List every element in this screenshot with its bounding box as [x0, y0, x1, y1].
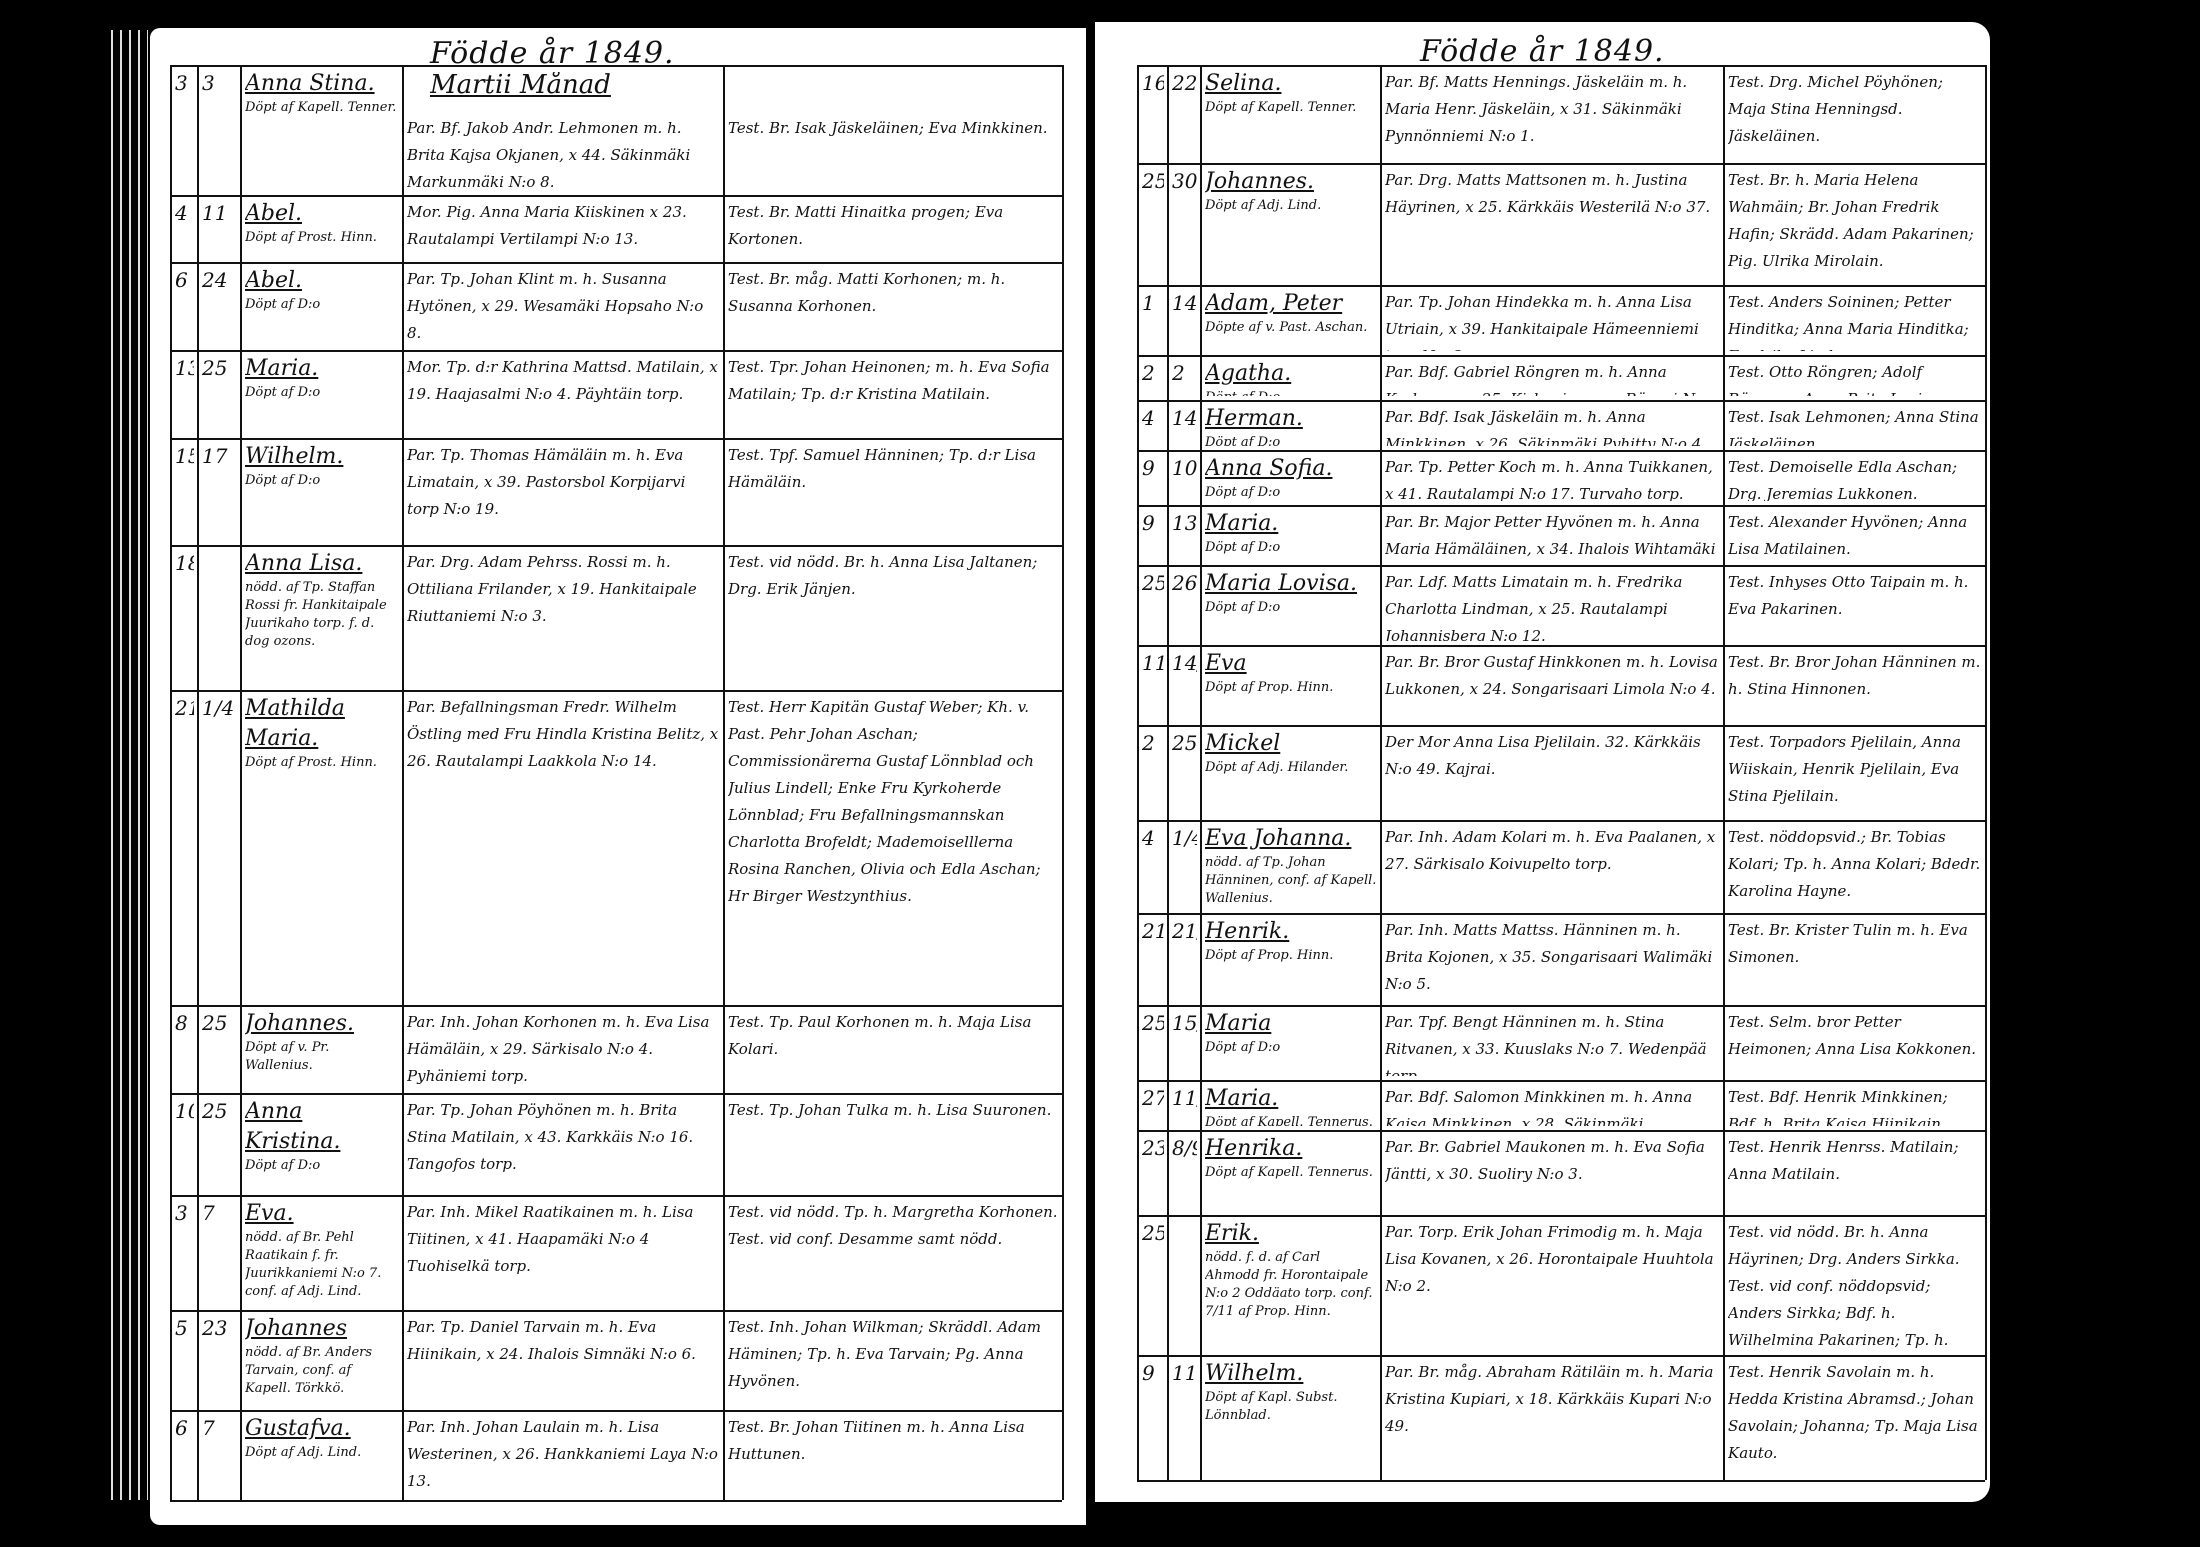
witnesses-entry: Test. Isak Lehmonen; Anna Stina Jäskeläi…	[1728, 404, 1982, 446]
row-rule	[170, 690, 1062, 692]
witnesses-entry: Test. Br. Krister Tulin m. h. Eva Simone…	[1728, 917, 1982, 1001]
baptism-day: 7	[202, 1414, 237, 1496]
baptized-by: Döpt af D:o	[1205, 1039, 1377, 1057]
baptism-day: 14/4	[1172, 649, 1197, 721]
row-rule	[1137, 820, 1985, 822]
parents-entry: Par. Tp. Thomas Hämäläin m. h. Eva Limat…	[407, 442, 720, 541]
row-rule	[1137, 355, 1985, 357]
child-name: Anna Stina.	[245, 69, 399, 99]
birth-day: 11	[1142, 649, 1164, 721]
child-name-cell: MariaDöpt af D:o	[1205, 1009, 1377, 1076]
baptism-day: 1/4	[202, 694, 237, 1001]
witnesses-entry: Test. Anders Soininen; Petter Hinditka; …	[1728, 289, 1982, 351]
row-rule	[1137, 505, 1985, 507]
child-name: Abel.	[245, 199, 399, 229]
parents-entry: Mor. Pig. Anna Maria Kiiskinen x 23. Rau…	[407, 199, 720, 258]
child-name: Maria.	[1205, 1084, 1377, 1114]
parents-entry: Mor. Tp. d:r Kathrina Mattsd. Matilain, …	[407, 354, 720, 434]
baptism-day: 7	[202, 1199, 237, 1306]
child-name-cell: Anna Lisa.nödd. af Tp. Staffan Rossi fr.…	[245, 549, 399, 686]
witnesses-entry: Test. Br. Isak Jäskeläinen; Eva Minkkine…	[728, 115, 1059, 191]
baptism-day: 25	[1172, 729, 1197, 816]
witnesses-entry: Test. vid nödd. Br. h. Anna Lisa Jaltane…	[728, 549, 1059, 686]
parents-entry: Par. Bf. Matts Hennings. Jäskeläin m. h.…	[1385, 69, 1720, 159]
baptism-day: 23	[202, 1314, 237, 1406]
child-name: Maria.	[245, 354, 399, 384]
child-name: Henrika.	[1205, 1134, 1377, 1164]
witnesses-entry: Test. Tpf. Samuel Hänninen; Tp. d:r Lisa…	[728, 442, 1059, 541]
witnesses-entry: Test. Henrik Henrss. Matilain; Anna Mati…	[1728, 1134, 1982, 1211]
baptized-by: Döpt af Prost. Hinn.	[245, 754, 399, 772]
birth-day: 9	[1142, 509, 1164, 561]
birth-day: 13	[175, 354, 194, 434]
row-rule	[1137, 1215, 1985, 1217]
baptized-by: Döpte af v. Past. Aschan.	[1205, 319, 1377, 337]
child-name-cell: Mathilda Maria.Döpt af Prost. Hinn.	[245, 694, 399, 1001]
baptized-by: Döpt af D:o	[1205, 434, 1377, 446]
witnesses-entry: Test. Br. måg. Matti Korhonen; m. h. Sus…	[728, 266, 1059, 346]
child-name: Abel.	[245, 266, 399, 296]
row-rule	[170, 545, 1062, 547]
baptized-by: Döpt af Kapl. Subst. Lönnblad.	[1205, 1389, 1377, 1425]
child-name: Gustafva.	[245, 1414, 399, 1444]
witnesses-entry: Test. Tpr. Johan Heinonen; m. h. Eva Sof…	[728, 354, 1059, 434]
child-name-cell: Maria Lovisa.Döpt af D:o	[1205, 569, 1377, 641]
baptized-by: Döpt af D:o	[1205, 599, 1377, 617]
parents-entry: Par. Befallningsman Fredr. Wilhelm Östli…	[407, 694, 720, 1001]
column-rule	[1723, 65, 1725, 1480]
parents-entry: Der Mor Anna Lisa Pjelilain. 32. Kärkkäi…	[1385, 729, 1720, 816]
witnesses-entry: Test. Herr Kapitän Gustaf Weber; Kh. v. …	[728, 694, 1059, 1001]
baptism-day: 30	[1172, 167, 1197, 281]
child-name-cell: MickelDöpt af Adj. Hilander.	[1205, 729, 1377, 816]
baptism-day: 11	[202, 199, 237, 258]
baptized-by: Döpt af D:o	[1205, 484, 1377, 501]
row-rule	[170, 1410, 1062, 1412]
parents-entry: Par. Bdf. Isak Jäskeläin m. h. Anna Mink…	[1385, 404, 1720, 446]
row-rule	[1137, 1480, 1985, 1482]
child-name-cell: Henrik.Döpt af Prop. Hinn.	[1205, 917, 1377, 1001]
baptism-day	[202, 549, 237, 686]
child-name-cell: Anna Sofia.Döpt af D:o	[1205, 454, 1377, 501]
column-rule	[1200, 65, 1202, 1480]
child-name: Herman.	[1205, 404, 1377, 434]
row-rule	[1137, 1080, 1985, 1082]
baptized-by: nödd. af Br. Anders Tarvain, conf. af Ka…	[245, 1344, 399, 1398]
row-rule	[170, 1005, 1062, 1007]
child-name: Anna Lisa.	[245, 549, 399, 579]
witnesses-entry: Test. Henrik Savolain m. h. Hedda Kristi…	[1728, 1359, 1982, 1476]
baptism-day: 22	[1172, 69, 1197, 159]
baptism-day: 14	[1172, 289, 1197, 351]
column-rule	[1380, 65, 1382, 1480]
child-name: Johannes	[245, 1314, 399, 1344]
baptism-day: 25	[202, 1097, 237, 1191]
parents-entry: Par. Tp. Daniel Tarvain m. h. Eva Hiinik…	[407, 1314, 720, 1406]
parents-entry: Par. Tpf. Bengt Hänninen m. h. Stina Rit…	[1385, 1009, 1720, 1076]
child-name-cell: Herman.Döpt af D:o	[1205, 404, 1377, 446]
birth-day: 6	[175, 1414, 194, 1496]
baptism-day: 26	[1172, 569, 1197, 641]
child-name: Anna Kristina.	[245, 1097, 399, 1157]
child-name-cell: Maria.Döpt af D:o	[1205, 509, 1377, 561]
parents-entry: Par. Tp. Johan Klint m. h. Susanna Hytön…	[407, 266, 720, 346]
row-rule	[170, 195, 1062, 197]
baptized-by: Döpt af Prop. Hinn.	[1205, 947, 1377, 965]
witnesses-entry: Test. Br. Johan Tiitinen m. h. Anna Lisa…	[728, 1414, 1059, 1496]
birth-day: 2	[1142, 729, 1164, 816]
child-name-cell: Adam, PeterDöpte af v. Past. Aschan.	[1205, 289, 1377, 351]
birth-day: 25	[1142, 1219, 1164, 1351]
baptized-by: nödd. af Br. Pehl Raatikain f. fr. Juuri…	[245, 1229, 399, 1301]
column-rule	[170, 65, 172, 1500]
parents-entry: Par. Bdf. Gabriel Röngren m. h. Anna Kor…	[1385, 359, 1720, 396]
child-name: Mickel	[1205, 729, 1377, 759]
parents-entry: Par. Inh. Johan Korhonen m. h. Eva Lisa …	[407, 1009, 720, 1089]
row-rule	[170, 1310, 1062, 1312]
baptism-day: 2	[1172, 359, 1197, 396]
witnesses-entry: Test. Br. h. Maria Helena Wahmäin; Br. J…	[1728, 167, 1982, 281]
witnesses-entry: Test. vid nödd. Br. h. Anna Häyrinen; Dr…	[1728, 1219, 1982, 1351]
witnesses-entry: Test. nöddopsvid.; Br. Tobias Kolari; Tp…	[1728, 824, 1982, 909]
birth-day: 2	[1142, 359, 1164, 396]
parents-entry: Par. Inh. Matts Mattss. Hänninen m. h. B…	[1385, 917, 1720, 1001]
birth-day: 4	[1142, 404, 1164, 446]
child-name: Maria Lovisa.	[1205, 569, 1377, 599]
page-header: Födde år 1849.	[1420, 34, 1665, 69]
birth-day: 25	[1142, 569, 1164, 641]
birth-day: 3	[175, 69, 194, 191]
row-rule	[170, 1500, 1062, 1502]
left-page: Födde år 1849. 33Anna Stina.Döpt af Kape…	[150, 28, 1086, 1525]
row-rule	[1137, 285, 1985, 287]
parents-entry: Par. Br. måg. Abraham Rätiläin m. h. Mar…	[1385, 1359, 1720, 1476]
row-rule	[1137, 913, 1985, 915]
row-rule	[1137, 645, 1985, 647]
birth-day: 4	[1142, 824, 1164, 909]
witnesses-entry: Test. Inh. Johan Wilkman; Skräddl. Adam …	[728, 1314, 1059, 1406]
baptism-day: 15/5	[1172, 1009, 1197, 1076]
child-name-cell: Wilhelm.Döpt af D:o	[245, 442, 399, 541]
child-name: Maria.	[1205, 509, 1377, 539]
witnesses-entry: Test. Inhyses Otto Taipain m. h. Eva Pak…	[1728, 569, 1982, 641]
book-gutter	[1086, 0, 1095, 1547]
birth-day: 16	[1142, 69, 1164, 159]
witnesses-entry: Test. Drg. Michel Pöyhönen; Maja Stina H…	[1728, 69, 1982, 159]
parents-entry: Par. Bf. Jakob Andr. Lehmonen m. h. Brit…	[407, 115, 720, 191]
birth-day: 6	[175, 266, 194, 346]
child-name-cell: Johannesnödd. af Br. Anders Tarvain, con…	[245, 1314, 399, 1406]
birth-day: 18	[175, 549, 194, 686]
child-name-cell: Abel.Döpt af Prost. Hinn.	[245, 199, 399, 258]
book-binding-edge	[108, 30, 148, 1500]
row-rule	[1137, 1355, 1985, 1357]
child-name-cell: Gustafva.Döpt af Adj. Lind.	[245, 1414, 399, 1496]
row-rule	[170, 262, 1062, 264]
row-rule	[170, 1093, 1062, 1095]
row-rule	[170, 350, 1062, 352]
parents-entry: Par. Tp. Johan Pöyhönen m. h. Brita Stin…	[407, 1097, 720, 1191]
baptism-day: 25	[202, 1009, 237, 1089]
child-name: Erik.	[1205, 1219, 1377, 1249]
child-name-cell: Agatha.Döpt af D:o	[1205, 359, 1377, 396]
child-name-cell: Johannes.Döpt af Adj. Lind.	[1205, 167, 1377, 281]
birth-day: 23	[1142, 1134, 1164, 1211]
baptized-by: Döpt af D:o	[245, 472, 399, 490]
birth-day: 3	[175, 1199, 194, 1306]
witnesses-entry: Test. Selm. bror Petter Heimonen; Anna L…	[1728, 1009, 1982, 1076]
baptized-by: Döpt af Prop. Hinn.	[1205, 679, 1377, 697]
child-name-cell: Anna Kristina.Döpt af D:o	[245, 1097, 399, 1191]
baptism-day	[1172, 1219, 1197, 1351]
baptized-by: Döpt af D:o	[1205, 389, 1377, 396]
baptized-by: Döpt af Kapell. Tennerus.	[1205, 1164, 1377, 1182]
birth-day: 9	[1142, 454, 1164, 501]
column-rule	[723, 65, 725, 1500]
child-name-cell: EvaDöpt af Prop. Hinn.	[1205, 649, 1377, 721]
child-name: Adam, Peter	[1205, 289, 1377, 319]
row-rule	[170, 65, 1062, 67]
witnesses-entry: Test. Bdf. Henrik Minkkinen; Bdf. h. Bri…	[1728, 1084, 1982, 1126]
baptism-day: 10	[1172, 454, 1197, 501]
row-rule	[1137, 400, 1985, 402]
parents-entry: Par. Ldf. Matts Limatain m. h. Fredrika …	[1385, 569, 1720, 641]
baptism-day: 11	[1172, 1359, 1197, 1476]
baptism-day: 3	[202, 69, 237, 191]
birth-day: 10	[175, 1097, 194, 1191]
parents-entry: Par. Tp. Petter Koch m. h. Anna Tuikkane…	[1385, 454, 1720, 501]
parents-entry: Par. Inh. Adam Kolari m. h. Eva Paalanen…	[1385, 824, 1720, 909]
witnesses-entry: Test. Br. Bror Johan Hänninen m. h. Stin…	[1728, 649, 1982, 721]
child-name-cell: Maria.Döpt af Kapell. Tennerus.	[1205, 1084, 1377, 1126]
row-rule	[1137, 1130, 1985, 1132]
baptism-day: 11/4	[1172, 1084, 1197, 1126]
baptism-day: 21/4	[1172, 917, 1197, 1001]
baptized-by: Döpt af D:o	[245, 296, 399, 314]
row-rule	[1137, 65, 1985, 67]
birth-day: 9	[1142, 1359, 1164, 1476]
baptized-by: nödd. af Tp. Johan Hänninen, conf. af Ka…	[1205, 854, 1377, 908]
baptized-by: Döpt af Kapell. Tenner.	[245, 99, 399, 117]
child-name-cell: Eva Johanna.nödd. af Tp. Johan Hänninen,…	[1205, 824, 1377, 909]
witnesses-entry: Test. vid nödd. Tp. h. Margretha Korhone…	[728, 1199, 1059, 1306]
row-rule	[1137, 725, 1985, 727]
birth-day: 1	[1142, 289, 1164, 351]
parents-entry: Par. Inh. Mikel Raatikainen m. h. Lisa T…	[407, 1199, 720, 1306]
parents-entry: Par. Br. Gabriel Maukonen m. h. Eva Sofi…	[1385, 1134, 1720, 1211]
baptism-day: 8/9	[1172, 1134, 1197, 1211]
parents-entry: Par. Br. Major Petter Hyvönen m. h. Anna…	[1385, 509, 1720, 561]
baptized-by: Döpt af Adj. Lind.	[1205, 197, 1377, 215]
column-rule	[1167, 65, 1169, 1480]
child-name-cell: Selina.Döpt af Kapell. Tenner.	[1205, 69, 1377, 159]
baptized-by: Döpt af Kapell. Tenner.	[1205, 99, 1377, 117]
child-name: Wilhelm.	[1205, 1359, 1377, 1389]
child-name-cell: Anna Stina.Döpt af Kapell. Tenner.	[245, 69, 399, 191]
baptized-by: Döpt af Kapell. Tennerus.	[1205, 1114, 1377, 1126]
child-name-cell: Johannes.Döpt af v. Pr. Wallenius.	[245, 1009, 399, 1089]
baptism-day: 25	[202, 354, 237, 434]
birth-day: 27	[1142, 1084, 1164, 1126]
baptism-day: 1/4	[1172, 824, 1197, 909]
column-rule	[1062, 65, 1064, 1500]
baptized-by: Döpt af D:o	[245, 1157, 399, 1175]
parents-entry: Par. Torp. Erik Johan Frimodig m. h. Maj…	[1385, 1219, 1720, 1351]
column-rule	[1985, 65, 1987, 1480]
child-name: Eva Johanna.	[1205, 824, 1377, 854]
witnesses-entry: Test. Tp. Paul Korhonen m. h. Maja Lisa …	[728, 1009, 1059, 1089]
birth-day: 15	[175, 442, 194, 541]
child-name-cell: Abel.Döpt af D:o	[245, 266, 399, 346]
witnesses-entry: Test. Tp. Johan Tulka m. h. Lisa Suurone…	[728, 1097, 1059, 1191]
baptism-day: 24	[202, 266, 237, 346]
child-name-cell: Maria.Döpt af D:o	[245, 354, 399, 434]
baptized-by: Döpt af D:o	[245, 384, 399, 402]
row-rule	[170, 1195, 1062, 1197]
row-rule	[1137, 1005, 1985, 1007]
birth-day: 21	[175, 694, 194, 1001]
parents-entry: Par. Drg. Adam Pehrss. Rossi m. h. Ottil…	[407, 549, 720, 686]
witnesses-entry: Test. Alexander Hyvönen; Anna Lisa Matil…	[1728, 509, 1982, 561]
column-rule	[197, 65, 199, 1500]
birth-day: 4	[175, 199, 194, 258]
row-rule	[1137, 163, 1985, 165]
parents-entry: Par. Bdf. Salomon Minkkinen m. h. Anna K…	[1385, 1084, 1720, 1126]
child-name-cell: Wilhelm.Döpt af Kapl. Subst. Lönnblad.	[1205, 1359, 1377, 1476]
parents-entry: Par. Br. Bror Gustaf Hinkkonen m. h. Lov…	[1385, 649, 1720, 721]
row-rule	[1137, 565, 1985, 567]
child-name: Johannes.	[245, 1009, 399, 1039]
child-name: Maria	[1205, 1009, 1377, 1039]
right-page: Födde år 1849. 1622Selina.Döpt af Kapell…	[1095, 22, 1990, 1502]
witnesses-entry: Test. Torpadors Pjelilain, Anna Wiiskain…	[1728, 729, 1982, 816]
child-name: Eva	[1205, 649, 1377, 679]
child-name: Agatha.	[1205, 359, 1377, 389]
column-rule	[402, 65, 404, 1500]
birth-day: 5	[175, 1314, 194, 1406]
birth-day: 21	[1142, 917, 1164, 1001]
baptism-day: 13	[1172, 509, 1197, 561]
column-rule	[1137, 65, 1139, 1480]
baptized-by: Döpt af Adj. Lind.	[245, 1444, 399, 1462]
baptized-by: Döpt af Prost. Hinn.	[245, 229, 399, 247]
baptized-by: nödd. af Tp. Staffan Rossi fr. Hankitaip…	[245, 579, 399, 651]
baptized-by: nödd. f. d. af Carl Ahmodd fr. Horontaip…	[1205, 1249, 1377, 1321]
child-name: Henrik.	[1205, 917, 1377, 947]
child-name-cell: Henrika.Döpt af Kapell. Tennerus.	[1205, 1134, 1377, 1211]
baptism-day: 17	[202, 442, 237, 541]
row-rule	[170, 438, 1062, 440]
birth-day: 8	[175, 1009, 194, 1089]
child-name: Wilhelm.	[245, 442, 399, 472]
parents-entry: Par. Tp. Johan Hindekka m. h. Anna Lisa …	[1385, 289, 1720, 351]
baptized-by: Döpt af v. Pr. Wallenius.	[245, 1039, 399, 1075]
baptism-day: 14	[1172, 404, 1197, 446]
child-name: Eva.	[245, 1199, 399, 1229]
parents-entry: Par. Inh. Johan Laulain m. h. Lisa Weste…	[407, 1414, 720, 1496]
child-name-cell: Eva.nödd. af Br. Pehl Raatikain f. fr. J…	[245, 1199, 399, 1306]
child-name: Johannes.	[1205, 167, 1377, 197]
column-rule	[240, 65, 242, 1500]
witnesses-entry: Test. Demoiselle Edla Aschan; Drg. Jerem…	[1728, 454, 1982, 501]
birth-day: 25	[1142, 167, 1164, 281]
month-heading: Martii Månad	[430, 72, 680, 112]
birth-day: 25	[1142, 1009, 1164, 1076]
witnesses-entry: Test. Otto Röngren; Adolf Röngren; Anna …	[1728, 359, 1982, 396]
row-rule	[1137, 450, 1985, 452]
parents-entry: Par. Drg. Matts Mattsonen m. h. Justina …	[1385, 167, 1720, 281]
child-name-cell: Erik.nödd. f. d. af Carl Ahmodd fr. Horo…	[1205, 1219, 1377, 1351]
child-name: Mathilda Maria.	[245, 694, 399, 754]
witnesses-entry: Test. Br. Matti Hinaitka progen; Eva Kor…	[728, 199, 1059, 258]
child-name: Selina.	[1205, 69, 1377, 99]
baptized-by: Döpt af D:o	[1205, 539, 1377, 557]
baptized-by: Döpt af Adj. Hilander.	[1205, 759, 1377, 777]
child-name: Anna Sofia.	[1205, 454, 1377, 484]
